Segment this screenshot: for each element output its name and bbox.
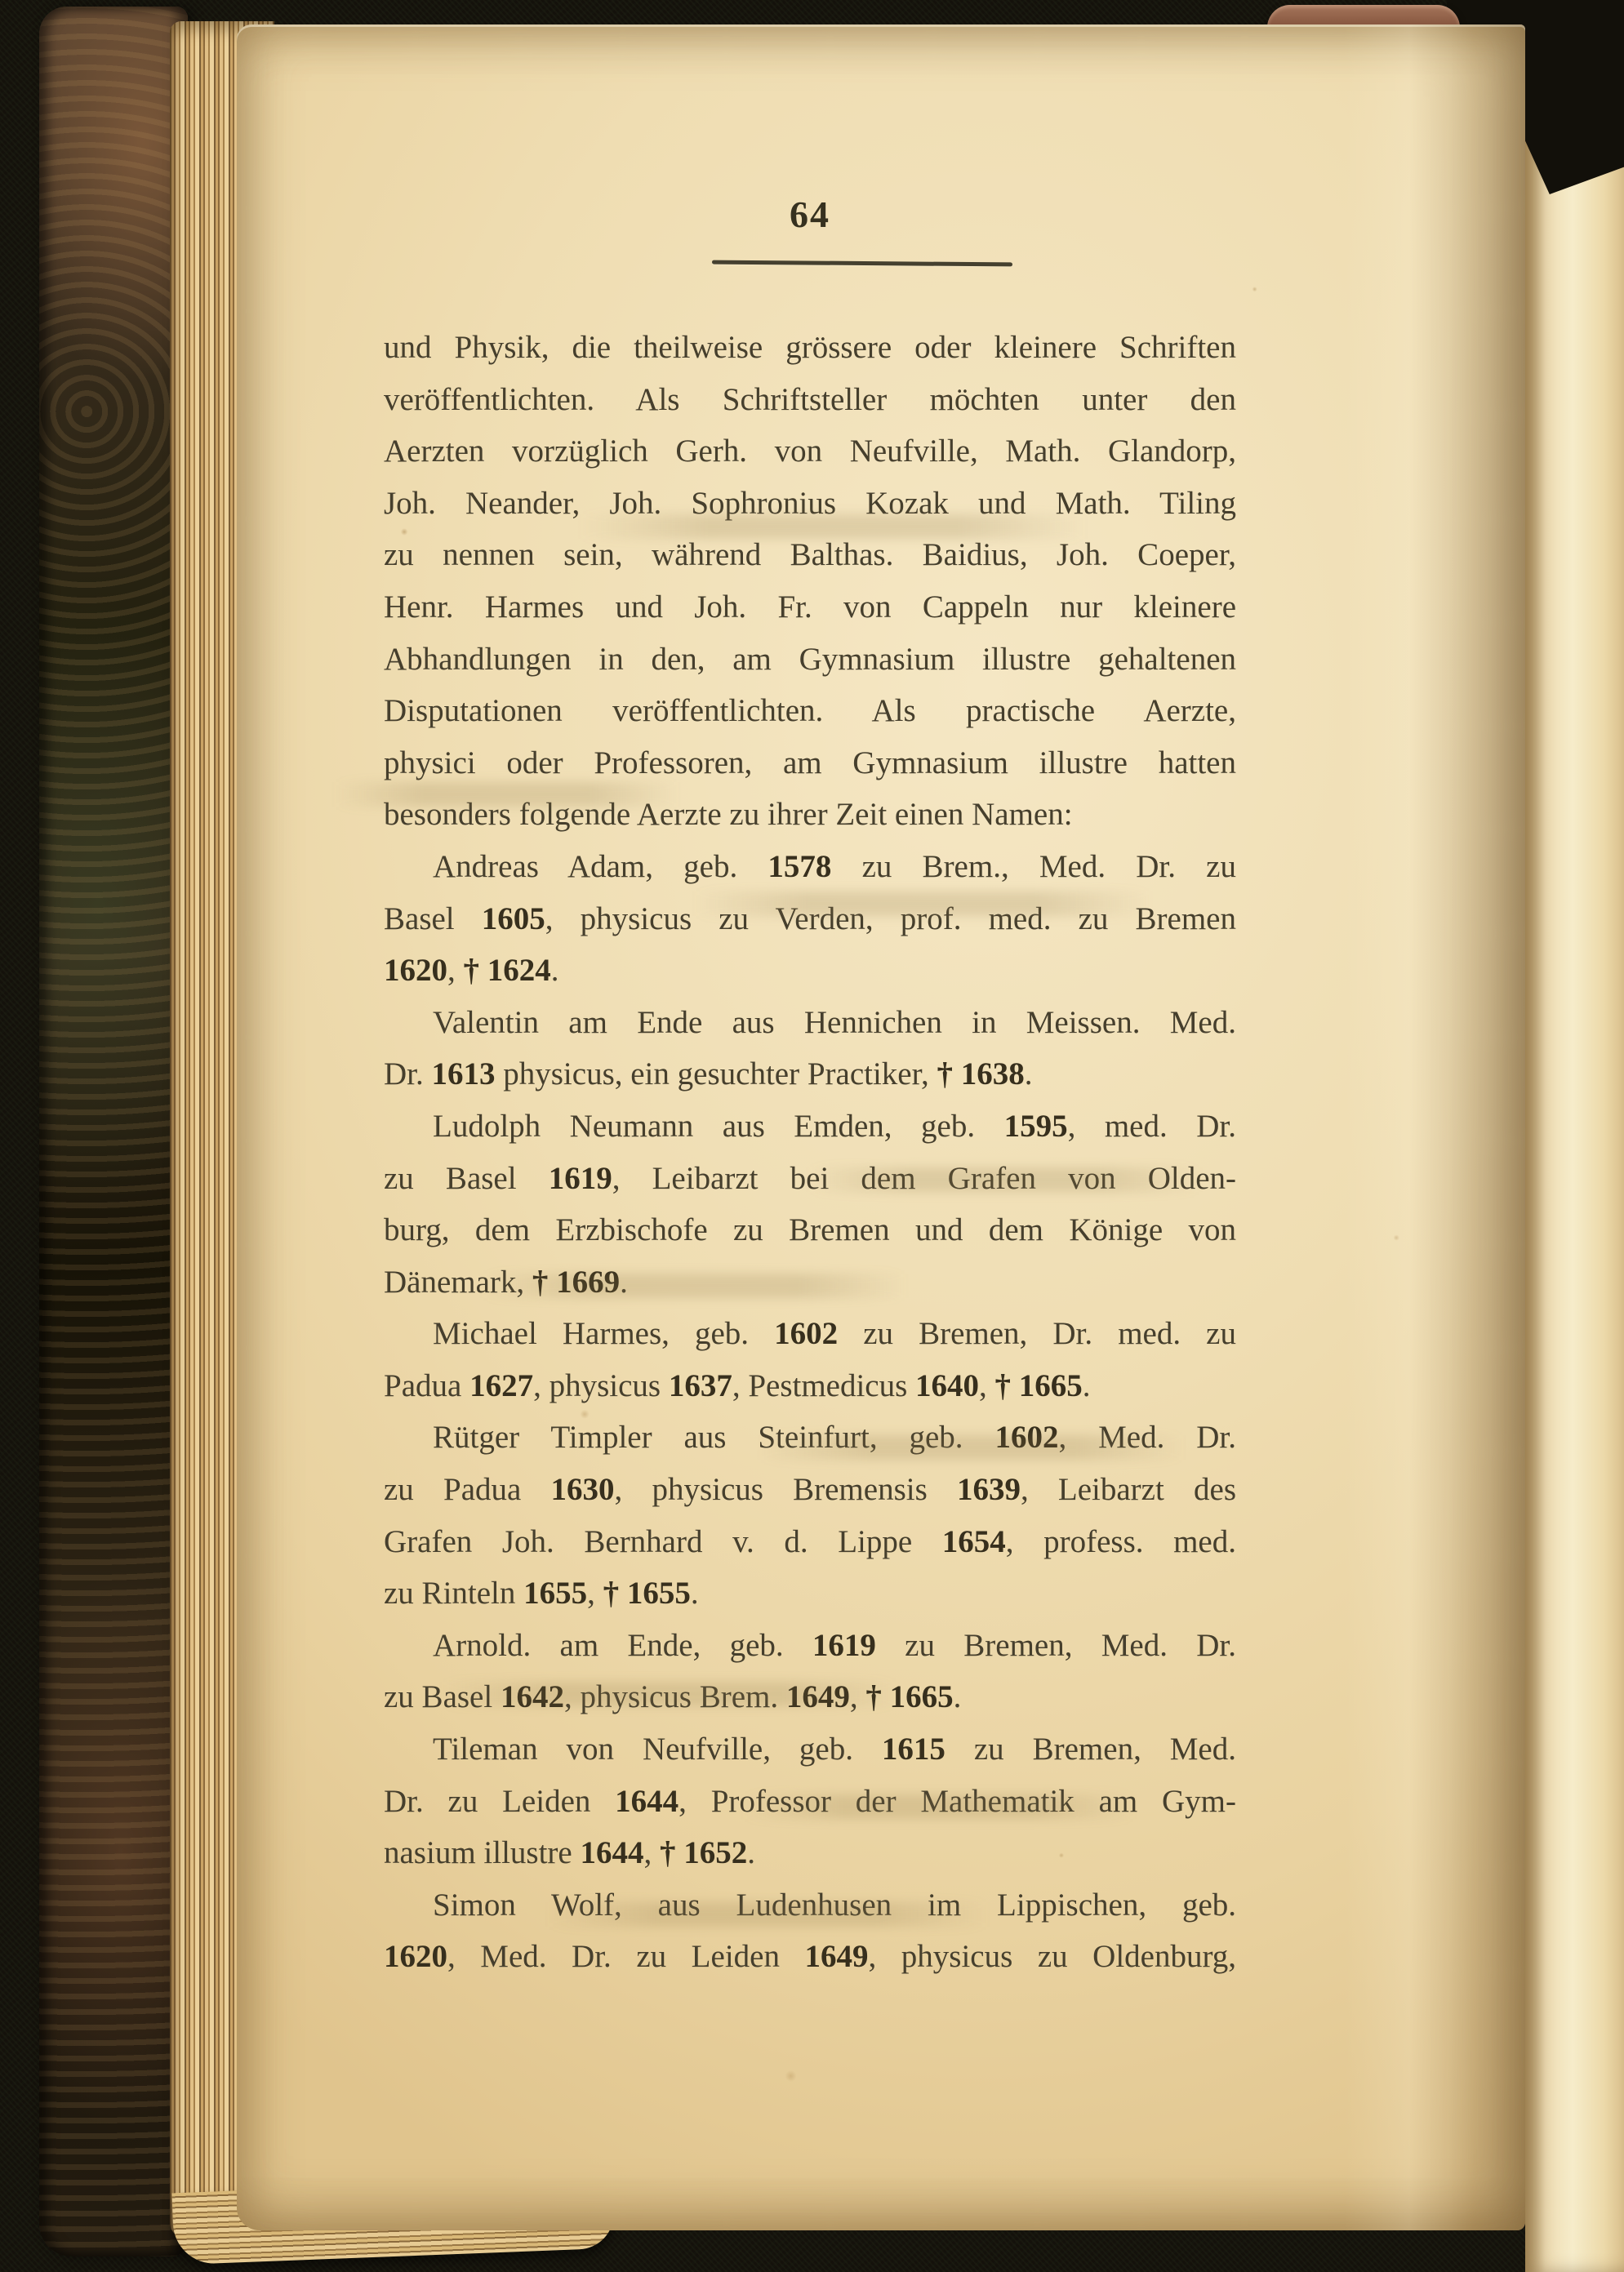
text-line: zu Basel 1619, Leibarzt bei dem Grafen v… xyxy=(384,1153,1236,1205)
photographed-book-spread: { "content": { "page_number": "64", "par… xyxy=(0,0,1624,2272)
paragraph: Rütger Timpler aus Steinfurt, geb. 1602,… xyxy=(384,1412,1236,1619)
page-number-rule xyxy=(712,260,1012,267)
page-number: 64 xyxy=(384,193,1236,236)
book-spine-leather xyxy=(39,7,188,2256)
text-line: Aerzten vorzüglich Gerh. von Neufville, … xyxy=(384,425,1236,478)
text-line: Grafen Joh. Bernhard v. d. Lippe 1654, p… xyxy=(384,1516,1236,1568)
facing-page-edge xyxy=(1525,44,1624,2272)
text-line: besonders folgende Aerzte zu ihrer Zeit … xyxy=(384,789,1236,841)
text-line: burg, dem Erzbischofe zu Bremen und dem … xyxy=(384,1204,1236,1256)
text-line: Henr. Harmes und Joh. Fr. von Cappeln nu… xyxy=(384,581,1236,634)
paragraph: Tileman von Neufville, geb. 1615 zu Brem… xyxy=(384,1723,1236,1879)
text-line: veröffentlichten. Als Schriftsteller möc… xyxy=(384,374,1236,426)
text-line: zu Basel 1642, physicus Brem. 1649, † 16… xyxy=(384,1671,1236,1723)
text-line: zu Padua 1630, physicus Bremensis 1639, … xyxy=(384,1464,1236,1516)
text-line: zu nennen sein, während Balthas. Baidius… xyxy=(384,529,1236,581)
text-line: Joh. Neander, Joh. Sophronius Kozak und … xyxy=(384,478,1236,530)
text-line: Valentin am Ende aus Hennichen in Meisse… xyxy=(384,997,1236,1049)
text-block: und Physik, die theilweise grössere oder… xyxy=(384,322,1236,1983)
text-line: Michael Harmes, geb. 1602 zu Bremen, Dr.… xyxy=(384,1308,1236,1360)
paragraph: Andreas Adam, geb. 1578 zu Brem., Med. D… xyxy=(384,841,1236,997)
text-line: Disputationen veröffentlichten. Als prac… xyxy=(384,685,1236,737)
text-line: physici oder Professoren, am Gymnasium i… xyxy=(384,737,1236,789)
text-line: zu Rinteln 1655, † 1655. xyxy=(384,1567,1236,1620)
text-line: nasium illustre 1644, † 1652. xyxy=(384,1827,1236,1879)
paragraph: Arnold. am Ende, geb. 1619 zu Bremen, Me… xyxy=(384,1620,1236,1723)
paragraph: Michael Harmes, geb. 1602 zu Bremen, Dr.… xyxy=(384,1308,1236,1412)
paragraph: Ludolph Neumann aus Emden, geb. 1595, me… xyxy=(384,1100,1236,1308)
text-line: Dr. 1613 physicus, ein gesuchter Practik… xyxy=(384,1048,1236,1100)
text-line: Arnold. am Ende, geb. 1619 zu Bremen, Me… xyxy=(384,1620,1236,1672)
paragraph: Valentin am Ende aus Hennichen in Meisse… xyxy=(384,997,1236,1100)
text-line: Basel 1605, physicus zu Verden, prof. me… xyxy=(384,893,1236,945)
text-line: 1620, † 1624. xyxy=(384,945,1236,997)
paragraph: Simon Wolf, aus Ludenhusen im Lippischen… xyxy=(384,1879,1236,1983)
text-line: Dänemark, † 1669. xyxy=(384,1256,1236,1309)
text-line: Simon Wolf, aus Ludenhusen im Lippischen… xyxy=(384,1879,1236,1932)
text-line: Rütger Timpler aus Steinfurt, geb. 1602,… xyxy=(384,1412,1236,1464)
text-line: Abhandlungen in den, am Gymnasium illust… xyxy=(384,634,1236,686)
book-page: 64 und Physik, die theilweise grössere o… xyxy=(237,24,1525,2230)
text-line: 1620, Med. Dr. zu Leiden 1649, physicus … xyxy=(384,1931,1236,1983)
paragraph: und Physik, die theilweise grössere oder… xyxy=(384,322,1236,841)
text-line: Ludolph Neumann aus Emden, geb. 1595, me… xyxy=(384,1100,1236,1153)
text-line: Tileman von Neufville, geb. 1615 zu Brem… xyxy=(384,1723,1236,1776)
text-line: und Physik, die theilweise grössere oder… xyxy=(384,322,1236,374)
text-line: Dr. zu Leiden 1644, Professor der Mathem… xyxy=(384,1776,1236,1828)
text-line: Padua 1627, physicus 1637, Pestmedicus 1… xyxy=(384,1360,1236,1412)
text-line: Andreas Adam, geb. 1578 zu Brem., Med. D… xyxy=(384,841,1236,893)
